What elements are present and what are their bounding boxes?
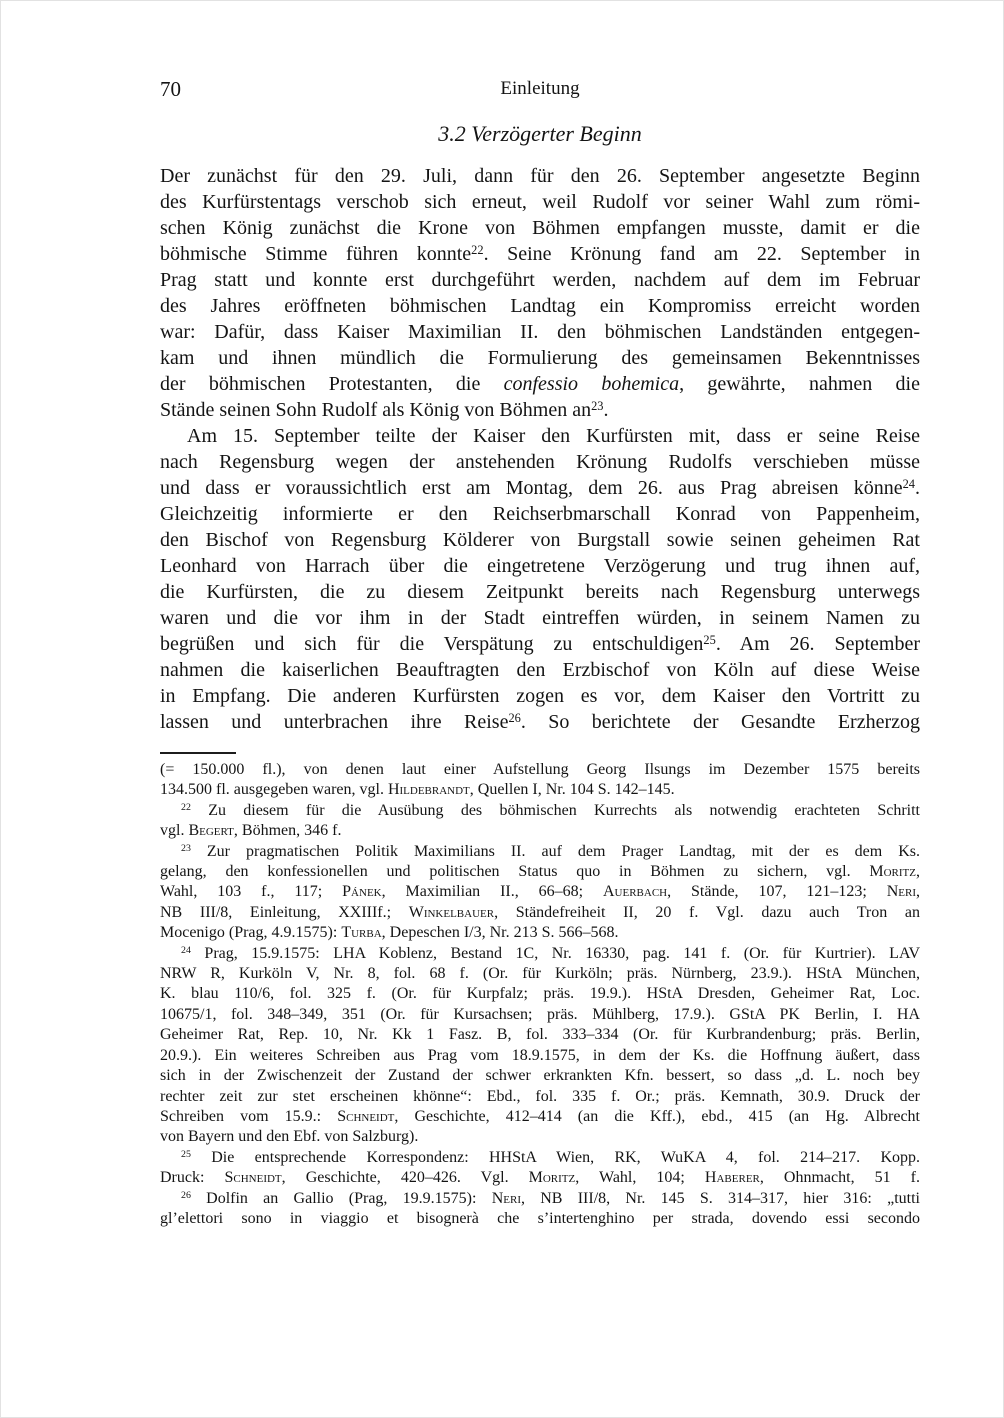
text-line: 24 Prag, 15.9.1575: LHA Koblenz, Bestand… — [160, 944, 920, 964]
footnote-marker: 25 — [181, 1149, 191, 1160]
text-segment: NRW R, Kurköln V, Nr. 8, fol. 68 f. (Or.… — [160, 965, 920, 982]
text-line: 20.9.). Ein weiteres Schreiben aus Prag … — [160, 1046, 920, 1066]
text-segment: Schneidt — [337, 1108, 394, 1125]
text-segment: vgl. — [160, 822, 188, 839]
text-segment: Moritz — [869, 863, 916, 880]
text-line: waren und die vor ihm in der Stadt eintr… — [160, 605, 920, 631]
text-segment: Stände seinen Sohn Rudolf als König von … — [160, 399, 591, 421]
text-segment: Die entsprechende Korrespondenz: HHStA W… — [191, 1149, 920, 1166]
text-segment: Wahl, 103 f., 117; — [160, 883, 342, 900]
footnotes: (= 150.000 fl.), von denen laut einer Au… — [160, 760, 920, 1229]
page-number: 70 — [160, 75, 181, 103]
text-line: des Kurfürstentags verschob sich erneut,… — [160, 189, 920, 215]
text-segment: Druck: — [160, 1169, 224, 1186]
text-segment: Gleichzeitig informierte er den Reichser… — [160, 503, 920, 525]
text-segment: , Quellen I, Nr. 104 S. 142–145. — [470, 781, 675, 798]
text-segment: Neri — [492, 1190, 521, 1207]
text-segment: Winkelbauer — [409, 904, 494, 921]
footnote-marker: 26 — [181, 1190, 191, 1201]
text-line: Druck: Schneidt, Geschichte, 420–426. Vg… — [160, 1168, 920, 1188]
text-line: Gleichzeitig informierte er den Reichser… — [160, 501, 920, 527]
book-page: 70 Einleitung 3.2 Verzögerter Beginn Der… — [0, 0, 1004, 1418]
text-line: Wahl, 103 f., 117; Pánek, Maximilian II.… — [160, 882, 920, 902]
text-segment: K. blau 110/6, fol. 325 f. (Or. für Kurp… — [160, 985, 920, 1002]
text-segment: des Jahres eröffneten böhmischen Landtag… — [160, 295, 920, 317]
text-segment: , gewährte, nahmen die — [679, 373, 920, 395]
text-block: 70 Einleitung 3.2 Verzögerter Beginn Der… — [160, 75, 920, 1229]
text-segment: und dass er voraussichtlich erst am Mont… — [160, 477, 903, 499]
text-line: sich in der Zwischenzeit der Zustand der… — [160, 1066, 920, 1086]
text-line: von Bayern und den Ebf. von Salzburg). — [160, 1127, 920, 1147]
text-segment: Prag, 15.9.1575: LHA Koblenz, Bestand 1C… — [191, 945, 920, 962]
text-segment: 134.500 fl. ausgegeben waren, vgl. — [160, 781, 388, 798]
text-segment: gl’elettori sono in viaggio et bisognerà… — [160, 1210, 920, 1227]
text-segment: begrüßen und sich für die Verspätung zu … — [160, 633, 703, 655]
text-line: nach Regensburg wegen der anstehenden Kr… — [160, 449, 920, 475]
text-segment: Dolfin an Gallio (Prag, 19.9.1575): — [191, 1190, 492, 1207]
text-segment: . — [915, 477, 920, 499]
text-segment: Am 15. September teilte der Kaiser den K… — [187, 425, 920, 447]
text-segment: , — [916, 863, 920, 880]
text-line: 26 Dolfin an Gallio (Prag, 19.9.1575): N… — [160, 1189, 920, 1209]
text-segment: , Wahl, 104; — [575, 1169, 705, 1186]
text-segment: 10675/1, fol. 348–349, 351 (Or. für Kurs… — [160, 1006, 920, 1023]
footnote-marker: 24 — [903, 477, 915, 491]
page-header: 70 Einleitung — [160, 75, 920, 103]
text-segment: Pánek — [342, 883, 381, 900]
text-line: vgl. Begert, Böhmen, 346 f. — [160, 821, 920, 841]
text-segment: nach Regensburg wegen der anstehenden Kr… — [160, 451, 920, 473]
text-segment: Turba — [341, 924, 381, 941]
text-segment: . — [603, 399, 608, 421]
text-segment: in Empfang. Die anderen Kurfürsten zogen… — [160, 685, 920, 707]
footnote-marker: 23 — [591, 399, 603, 413]
text-segment: (= 150.000 fl.), von denen laut einer Au… — [160, 761, 920, 778]
text-segment: gelang, den konfessionellen und politisc… — [160, 863, 869, 880]
text-line: Mocenigo (Prag, 4.9.1575): Turba, Depesc… — [160, 923, 920, 943]
text-line: Schreiben vom 15.9.: Schneidt, Geschicht… — [160, 1107, 920, 1127]
text-segment: NB III/8, Einleitung, XXIIIf.; — [160, 904, 409, 921]
text-segment: die Kurfürsten, die zu diesem Zeitpunkt … — [160, 581, 920, 603]
text-line: Leonhard von Harrach über die eingetrete… — [160, 553, 920, 579]
text-segment: , Depeschen I/3, Nr. 213 S. 566–568. — [382, 924, 619, 941]
footnote-marker: 22 — [181, 802, 191, 813]
text-segment: böhmische Stimme führen konnte — [160, 243, 471, 265]
footnote-marker: 23 — [181, 843, 191, 854]
text-segment: . Am 26. September — [716, 633, 920, 655]
text-segment: , Maximilian II., 66–68; — [382, 883, 603, 900]
text-segment: , Ohnmacht, 51 f. — [760, 1169, 920, 1186]
text-segment: , Geschichte, 420–426. Vgl. — [282, 1169, 529, 1186]
text-line: nahmen die kaiserlichen Beauftragten den… — [160, 657, 920, 683]
text-line: den Bischof von Regensburg Kölderer von … — [160, 527, 920, 553]
text-segment: den Bischof von Regensburg Kölderer von … — [160, 529, 920, 551]
text-segment: lassen und unterbrachen ihre Reise — [160, 711, 508, 733]
text-segment: waren und die vor ihm in der Stadt eintr… — [160, 607, 920, 629]
text-line: in Empfang. Die anderen Kurfürsten zogen… — [160, 683, 920, 709]
text-line: Prag statt und konnte erst durchgeführt … — [160, 267, 920, 293]
running-header: Einleitung — [160, 75, 920, 103]
text-segment: Prag statt und konnte erst durchgeführt … — [160, 269, 920, 291]
text-line: der böhmischen Protestanten, die confess… — [160, 371, 920, 397]
text-segment: , Ständefreiheit II, 20 f. Vgl. dazu auc… — [494, 904, 920, 921]
text-line: begrüßen und sich für die Verspätung zu … — [160, 631, 920, 657]
text-line: Geheimer Rat, Rep. 10, Nr. Kk 1 Fasz. B,… — [160, 1025, 920, 1045]
text-segment: . So berichtete der Gesandte Erzherzog — [521, 711, 920, 733]
text-line: gelang, den konfessionellen und politisc… — [160, 862, 920, 882]
text-segment: Moritz — [529, 1169, 576, 1186]
text-line: gl’elettori sono in viaggio et bisognerà… — [160, 1209, 920, 1229]
text-segment: , Stände, 107, 121–123; — [667, 883, 887, 900]
text-line: und dass er voraussichtlich erst am Mont… — [160, 475, 920, 501]
text-segment: , NB III/8, Nr. 145 S. 314–317, hier 316… — [521, 1190, 920, 1207]
text-line: lassen und unterbrachen ihre Reise26. So… — [160, 709, 920, 735]
text-segment: Zu diesem für die Ausübung des böhmische… — [191, 802, 920, 819]
text-line: kam und ihnen mündlich die Formulierung … — [160, 345, 920, 371]
text-segment: der böhmischen Protestanten, die — [160, 373, 504, 395]
text-segment: Neri — [887, 883, 916, 900]
text-segment: rechter zeit zur stet erscheinen khönne“… — [160, 1088, 920, 1105]
text-segment: Auerbach — [603, 883, 667, 900]
text-line: des Jahres eröffneten böhmischen Landtag… — [160, 293, 920, 319]
text-segment: , Böhmen, 346 f. — [234, 822, 342, 839]
text-segment: Begert — [188, 822, 233, 839]
text-segment: sich in der Zwischenzeit der Zustand der… — [160, 1067, 920, 1084]
text-segment: kam und ihnen mündlich die Formulierung … — [160, 347, 920, 369]
text-segment: nahmen die kaiserlichen Beauftragten den… — [160, 659, 920, 681]
text-segment: . Seine Krönung fand am 22. September in — [484, 243, 920, 265]
text-line: böhmische Stimme führen konnte22. Seine … — [160, 241, 920, 267]
text-segment: schen König zunächst die Krone von Böhme… — [160, 217, 920, 239]
text-segment: Schreiben vom 15.9.: — [160, 1108, 337, 1125]
text-line: schen König zunächst die Krone von Böhme… — [160, 215, 920, 241]
text-line: 22 Zu diesem für die Ausübung des böhmis… — [160, 801, 920, 821]
footnote-separator — [160, 752, 236, 754]
text-segment: Geheimer Rat, Rep. 10, Nr. Kk 1 Fasz. B,… — [160, 1026, 920, 1043]
text-line: war: Dafür, dass Kaiser Maximilian II. d… — [160, 319, 920, 345]
text-segment: von Bayern und den Ebf. von Salzburg). — [160, 1128, 418, 1145]
text-line: Der zunächst für den 29. Juli, dann für … — [160, 163, 920, 189]
text-segment: confessio bohemica — [504, 373, 679, 395]
text-line: 23 Zur pragmatischen Politik Maximilians… — [160, 842, 920, 862]
text-segment: Schneidt — [224, 1169, 281, 1186]
text-line: NRW R, Kurköln V, Nr. 8, fol. 68 f. (Or.… — [160, 964, 920, 984]
text-segment: Hildebrandt — [388, 781, 470, 798]
text-line: K. blau 110/6, fol. 325 f. (Or. für Kurp… — [160, 984, 920, 1004]
text-segment: 20.9.). Ein weiteres Schreiben aus Prag … — [160, 1047, 920, 1064]
section-heading: 3.2 Verzögerter Beginn — [160, 119, 920, 149]
text-line: Am 15. September teilte der Kaiser den K… — [160, 423, 920, 449]
text-segment: Mocenigo (Prag, 4.9.1575): — [160, 924, 341, 941]
body-text: Der zunächst für den 29. Juli, dann für … — [160, 163, 920, 735]
text-segment: des Kurfürstentags verschob sich erneut,… — [160, 191, 920, 213]
text-segment: Zur pragmatischen Politik Maximilians II… — [191, 843, 920, 860]
text-line: Stände seinen Sohn Rudolf als König von … — [160, 397, 920, 423]
text-segment: war: Dafür, dass Kaiser Maximilian II. d… — [160, 321, 920, 343]
footnote-marker: 26 — [508, 711, 520, 725]
text-line: 134.500 fl. ausgegeben waren, vgl. Hilde… — [160, 780, 920, 800]
text-segment: , Geschichte, 412–414 (an die Kff.), ebd… — [394, 1108, 920, 1125]
text-segment: Leonhard von Harrach über die eingetrete… — [160, 555, 920, 577]
footnote-marker: 22 — [471, 243, 483, 257]
text-line: rechter zeit zur stet erscheinen khönne“… — [160, 1087, 920, 1107]
text-line: 25 Die entsprechende Korrespondenz: HHSt… — [160, 1148, 920, 1168]
footnote-marker: 25 — [703, 633, 715, 647]
text-segment: Haberer — [705, 1169, 760, 1186]
text-line: NB III/8, Einleitung, XXIIIf.; Winkelbau… — [160, 903, 920, 923]
text-line: die Kurfürsten, die zu diesem Zeitpunkt … — [160, 579, 920, 605]
text-segment: , — [916, 883, 920, 900]
text-line: 10675/1, fol. 348–349, 351 (Or. für Kurs… — [160, 1005, 920, 1025]
footnote-marker: 24 — [181, 945, 191, 956]
text-line: (= 150.000 fl.), von denen laut einer Au… — [160, 760, 920, 780]
text-segment: Der zunächst für den 29. Juli, dann für … — [160, 165, 920, 187]
